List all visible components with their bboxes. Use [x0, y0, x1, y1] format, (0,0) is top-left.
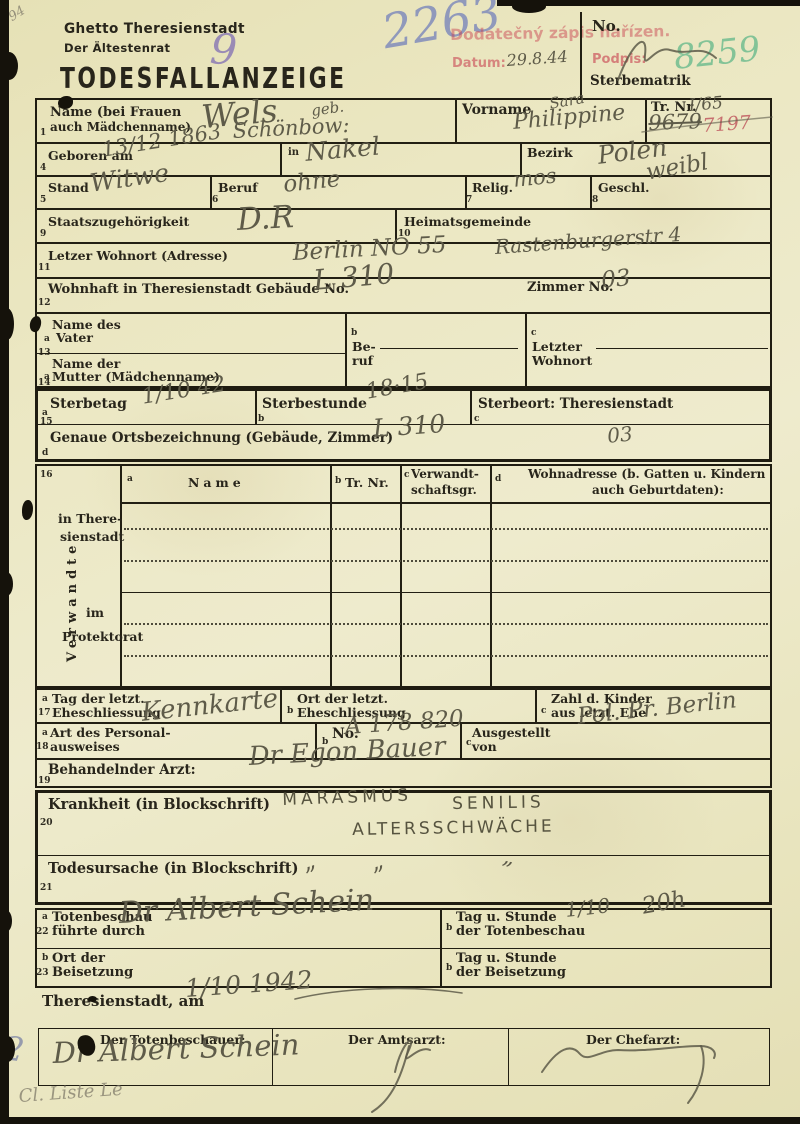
heimat-label: Heimatsgemeinde: [404, 215, 531, 229]
line: [124, 560, 768, 562]
genaue-label: Genaue Ortsbezeichnung (Gebäude, Zimmer): [50, 431, 393, 446]
staat-label: Staatszugehörigkeit: [48, 215, 189, 229]
krankheit-value3: ALTERSSCHWÄCHE: [352, 816, 555, 840]
ausweis-sub: a: [42, 728, 48, 738]
zimmer-value: 03: [600, 265, 632, 294]
ausgestellt-sub: c: [466, 738, 471, 748]
scan-edge-blob: [0, 52, 18, 80]
field-num-23: 23: [36, 968, 49, 978]
line: [124, 623, 768, 625]
wohncol-label1: Letzter: [532, 340, 582, 354]
field-num-16: 16: [40, 470, 53, 480]
ausweis-label1: Art des Personal-: [50, 726, 171, 740]
trnr-old-number: 9679: [648, 109, 702, 135]
line: [380, 348, 518, 349]
wohnort-label: Letzer Wohnort (Adresse): [48, 249, 228, 263]
ehetag-label1: Tag der letzt.: [52, 692, 145, 706]
kinder-sub: c: [541, 706, 546, 716]
field-num-20: 20: [40, 818, 53, 828]
death-notice-scan: 94 Ghetto Theresienstadt Der Ältestenrat…: [0, 0, 800, 1124]
field-num-4: 4: [40, 163, 46, 173]
field-num-8: 8: [592, 195, 598, 205]
tbzeit-label2: der Totenbeschau: [456, 925, 585, 940]
gebin-label: in: [288, 147, 299, 158]
staat-value: D.R: [236, 199, 295, 238]
sterbeort-sub: c: [474, 414, 479, 424]
scan-edge-blob: [0, 308, 14, 340]
line: [455, 98, 457, 142]
line: [470, 390, 472, 424]
sig-chefarzt-label: Der Chefarzt:: [586, 1033, 680, 1047]
line: [280, 142, 282, 175]
bzeit-sub: b: [446, 963, 452, 973]
tbzeit-value1: 1/10: [564, 893, 611, 922]
ink-blot: [88, 996, 97, 1002]
field-num-11: 11: [38, 263, 51, 273]
wohncol-label2: Wohnort: [532, 354, 592, 368]
ort-datum-label: Theresienstadt, am: [42, 993, 204, 1010]
tbl-row-protektorat1: im: [86, 606, 104, 620]
tbl-col-adresse1: Wohnadresse (b. Gatten u. Kindern: [528, 468, 765, 481]
field-num-19: 19: [38, 776, 51, 786]
line: [508, 1028, 509, 1086]
field-num-14: 14: [38, 378, 51, 388]
wohncol-sub: c: [531, 328, 536, 338]
ausgestellt-label2: von: [472, 740, 497, 754]
genaue-sub: d: [42, 448, 48, 458]
line: [255, 390, 257, 424]
field-num-21: 21: [40, 883, 53, 893]
zimmer-label: Zimmer No.: [527, 281, 613, 296]
line: [38, 855, 769, 856]
stamp-datum-label: Datum:: [452, 56, 506, 71]
bezirk-label: Bezirk: [527, 146, 573, 160]
tbl-sub-a: a: [127, 474, 133, 484]
gebaeude-label: Wohnhaft in Theresienstadt Gebäude No.: [48, 283, 349, 298]
field-num-1: 1: [40, 128, 46, 138]
scan-edge-blob: [0, 572, 13, 596]
bzeit-label2: der Beisetzung: [456, 966, 566, 981]
stamp-dodatecny: Dodatečný zápis nařízen.: [450, 22, 670, 44]
genaue-value2: 03: [606, 421, 634, 448]
scan-edge-blob: [0, 1036, 15, 1062]
line: [120, 502, 770, 504]
field-num-15: 15: [40, 417, 53, 427]
eheort-sub: b: [287, 706, 293, 716]
field-num-17: 17: [38, 708, 51, 718]
field-num-18: 18: [36, 742, 49, 752]
line: [35, 277, 772, 279]
line: [35, 312, 772, 314]
ehetag-sub: a: [42, 694, 48, 704]
line: [120, 592, 770, 593]
line: [535, 688, 537, 722]
stand-label: Stand: [48, 181, 89, 195]
line: [596, 348, 768, 349]
tbl-sub-b: b: [335, 476, 341, 486]
tbl-col-name: Name: [188, 476, 245, 490]
line: [280, 688, 282, 722]
margin-liste-note: Cl. Liste Le: [18, 1079, 123, 1107]
tbl-col-trnr: Tr. Nr.: [345, 476, 389, 490]
trnr-red-number: 7197: [702, 112, 752, 137]
berufcol-label1: Be-: [352, 340, 376, 354]
field-num-9: 9: [40, 229, 46, 239]
line: [37, 948, 770, 949]
line: [460, 722, 462, 758]
tbl-col-verwandt1: Verwandt-: [411, 468, 479, 481]
tbl-row-theresienstadt2: sienstadt: [60, 530, 124, 544]
relig-label: Relig.: [472, 181, 513, 195]
beruf-label: Beruf: [218, 181, 258, 195]
line: [525, 312, 527, 388]
berufcol-label2: ruf: [352, 354, 373, 368]
tbzeit-sub: b: [446, 923, 452, 933]
field-num-5: 5: [40, 195, 46, 205]
sterbeort-label: Sterbeort: Theresienstadt: [478, 397, 673, 412]
bort-label2: Beisetzung: [52, 966, 133, 981]
stamp-podpis-label: Podpis:: [592, 52, 646, 67]
tbl-sub-d: d: [495, 474, 501, 484]
scan-edge-bottom: [0, 1117, 800, 1124]
sterbestunde-label: Sterbestunde: [262, 397, 367, 413]
matrik-number-green: 8259: [672, 29, 762, 78]
corner-pencil-mark: 94: [6, 3, 28, 24]
geschl-label: Geschl.: [598, 181, 649, 195]
totenbeschau-sub: a: [42, 912, 48, 922]
gebaeude-value: L 310: [312, 257, 396, 297]
ausweis-label2: ausweises: [50, 740, 120, 754]
scan-edge-top-blob: [512, 0, 546, 13]
field-num-7: 7: [466, 195, 472, 205]
field-num-22: 22: [36, 927, 49, 937]
genaue-value1: L 310: [372, 409, 446, 443]
scan-edge-blob: [0, 910, 12, 932]
tbl-col-adresse2: auch Geburtdaten):: [592, 484, 724, 497]
org-name-line2: Der Ältestenrat: [64, 42, 170, 55]
form-title: TODESFALLANZEIGE: [60, 64, 347, 95]
datum-value-pencil: 29.8.44: [506, 47, 568, 70]
line: [35, 353, 345, 354]
eheort-label1: Ort der letzt.: [297, 692, 388, 706]
no-label: No.: [592, 18, 621, 35]
name-label-line1: Name (bei Frauen: [50, 106, 181, 121]
ausgestellt-label1: Ausgestellt: [472, 726, 551, 740]
line: [124, 655, 768, 657]
relig-value: mos: [512, 163, 558, 191]
vater-sub: a: [44, 334, 50, 344]
bort-sub: b: [42, 953, 48, 963]
krankheit-value2: SENILIS: [452, 792, 545, 814]
ink-blot: [22, 500, 33, 520]
sig-amtsarzt-label: Der Amtsarzt:: [348, 1033, 446, 1047]
arzt-label: Behandelnder Arzt:: [48, 763, 196, 778]
line: [124, 528, 768, 530]
tbl-col-verwandt2: schaftsgr.: [411, 484, 477, 497]
field-num-6: 6: [212, 195, 218, 205]
todesursache-label: Todesursache (in Blockschrift): [48, 861, 298, 877]
line: [345, 312, 347, 388]
field-num-12: 12: [38, 298, 51, 308]
no-box-divider: [580, 12, 582, 98]
tbl-row-protektorat2: Protektorat: [62, 630, 143, 644]
line: [120, 464, 122, 688]
krankheit-label: Krankheit (in Blockschrift): [48, 797, 270, 813]
tbl-row-theresienstadt1: in There-: [58, 512, 122, 526]
scan-edge-left: [0, 0, 9, 1124]
date-flourish: [295, 988, 462, 999]
sterbetag-label: Sterbetag: [50, 397, 127, 413]
tbl-sub-c: c: [404, 470, 409, 480]
berufcol-sub: b: [351, 328, 357, 338]
vater-label2: Vater: [56, 331, 93, 345]
sterbestunde-sub: b: [258, 414, 264, 424]
line: [35, 208, 772, 210]
